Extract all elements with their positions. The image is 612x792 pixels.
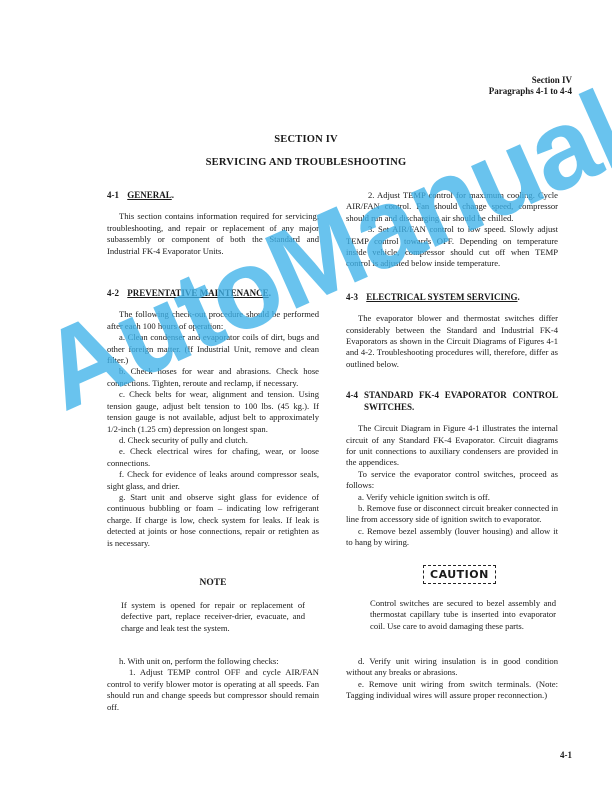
paragraph-general: This section contains information requir… [107, 211, 319, 257]
header-paragraphs: Paragraphs 4-1 to 4-4 [489, 86, 572, 97]
section-title: SERVICING AND TROUBLESHOOTING [0, 157, 612, 168]
heading-4-2: 4-2 PREVENTATIVE MAINTENANCE. [107, 288, 319, 299]
caution-body: Control switches are secured to bezel as… [370, 598, 556, 632]
note-body: If system is opened for repair or replac… [121, 600, 305, 634]
paragraph-electrical: The evaporator blower and thermostat swi… [346, 313, 558, 370]
list-item: e. Check electrical wires for chafing, w… [107, 446, 319, 469]
list-item: b. Check hoses for wear and abrasions. C… [107, 366, 319, 389]
list-item: a. Verify vehicle ignition switch is off… [346, 492, 558, 503]
list-item: b. Remove fuse or disconnect circuit bre… [346, 503, 558, 526]
running-header: Section IV Paragraphs 4-1 to 4-4 [489, 75, 572, 97]
left-column: 4-1 GENERAL. This section contains infor… [107, 190, 319, 549]
list-item: d. Check security of pully and clutch. [107, 435, 319, 446]
list-subitem: 2. Adjust TEMP control for maximum cooli… [346, 190, 558, 224]
note-title: NOTE [107, 578, 319, 588]
heading-4-4: 4-4 STANDARD FK-4 EVAPORATOR CONTROL SWI… [346, 390, 558, 413]
heading-4-3: 4-3 ELECTRICAL SYSTEM SERVICING. [346, 292, 558, 303]
list-item: c. Check belts for wear, alignment and t… [107, 389, 319, 435]
paragraph-maintenance-intro: The following check-out procedure should… [107, 309, 319, 332]
list-item: c. Remove bezel assembly (louver housing… [346, 526, 558, 549]
header-section: Section IV [489, 75, 572, 86]
list-item: a. Clean condenser and evaporator coils … [107, 332, 319, 366]
page-number: 4-1 [560, 750, 572, 760]
note-block: NOTE If system is opened for repair or r… [107, 578, 319, 638]
caution-label: CAUTION [423, 565, 496, 584]
list-subitem: 1. Adjust TEMP control OFF and cycle AIR… [107, 667, 319, 713]
right-column-bottom: d. Verify unit wiring insulation is in g… [346, 656, 558, 702]
list-item: g. Start unit and observe sight glass fo… [107, 492, 319, 549]
manual-page: Section IV Paragraphs 4-1 to 4-4 SECTION… [0, 0, 612, 792]
left-column-bottom: h. With unit on, perform the following c… [107, 656, 319, 713]
right-column: 2. Adjust TEMP control for maximum cooli… [346, 190, 558, 549]
heading-4-1: 4-1 GENERAL. [107, 190, 319, 201]
paragraph-service-intro: To service the evaporator control switch… [346, 469, 558, 492]
section-number: SECTION IV [0, 134, 612, 145]
list-item: d. Verify unit wiring insulation is in g… [346, 656, 558, 679]
list-item: f. Check for evidence of leaks around co… [107, 469, 319, 492]
paragraph-circuit: The Circuit Diagram in Figure 4-1 illust… [346, 423, 558, 469]
list-subitem: 3. Set AIR/FAN control to low speed. Slo… [346, 224, 558, 270]
list-item: h. With unit on, perform the following c… [107, 656, 319, 667]
list-item: e. Remove unit wiring from switch termin… [346, 679, 558, 702]
